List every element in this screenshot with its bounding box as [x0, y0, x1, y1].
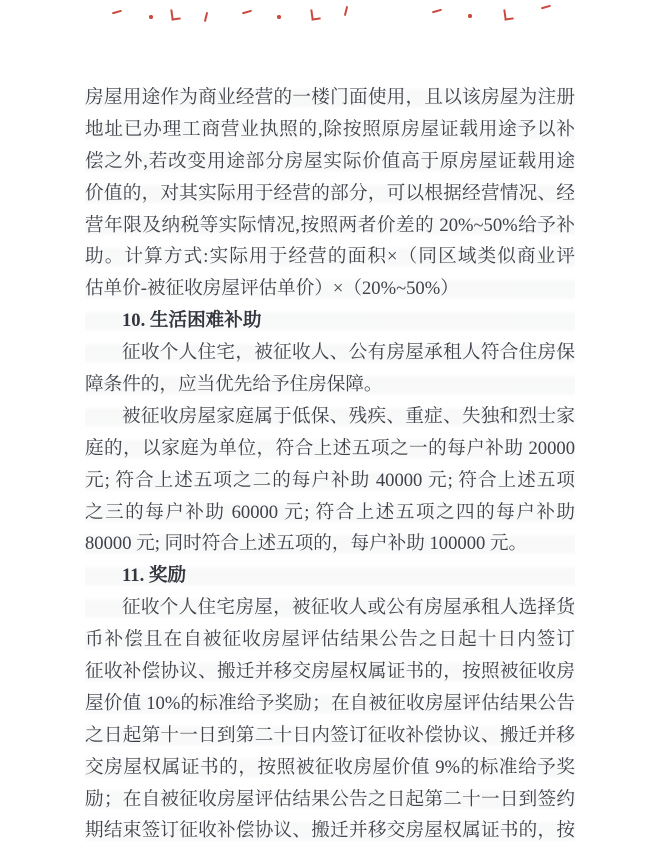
text-block: 房屋用途作为商业经营的一楼门面使用，且以该房屋为注册地址已办理工商营业执照的,除… [85, 82, 575, 847]
text-line: 地址已办理工商营业执照的,除按照原房屋证载用途予以补 [85, 114, 575, 146]
text-line: 助。计算方式:实际用于经营的面积×（同区域类似商业评 [85, 241, 575, 273]
text-line: 征收补偿协议、搬迁并移交房屋权属证书的，按照被征收房 [85, 656, 575, 688]
section-heading: 10. 生活困难补助 [85, 305, 575, 337]
red-mark-icon [310, 8, 320, 20]
red-mark-icon [242, 10, 252, 15]
text-line: 之日起第十一日到第二十日内签订征收补偿协议、搬迁并移 [85, 720, 575, 752]
text-line: 之三的每户补助 60000 元; 符合上述五项之四的每户补助 [85, 497, 575, 529]
red-mark-icon [170, 8, 180, 20]
text-line: 币补偿且在自被征收房屋评估结果公告之日起十日内签订 [85, 624, 575, 656]
text-line: 营年限及纳税等实际情况,按照两者价差的 20%~50%给予补 [85, 210, 575, 242]
text-line: 征收个人住宅，被征收人、公有房屋承租人符合住房保 [85, 337, 575, 369]
text-line: 征收个人住宅房屋，被征收人或公有房屋承租人选择货 [85, 592, 575, 624]
text-line: 估单价-被征收房屋评估单价）×（20%~50%） [85, 273, 575, 305]
section-heading: 11. 奖励 [85, 560, 575, 592]
text-line: 价值的，对其实际用于经营的部分，可以根据经营情况、经 [85, 178, 575, 210]
red-mark-icon [204, 12, 209, 22]
text-line: 障条件的，应当优先给予住房保障。 [85, 369, 575, 401]
text-line: 交房屋权属证书的，按照被征收房屋价值 9%的标准给予奖 [85, 752, 575, 784]
text-line: 80000 元; 同时符合上述五项的，每户补助 100000 元。 [85, 528, 575, 560]
text-line: 励；在自被征收房屋评估结果公告之日起第二十一日到签约 [85, 784, 575, 816]
red-mark-icon [344, 6, 349, 16]
text-line: 房屋用途作为商业经营的一楼门面使用，且以该房屋为注册 [85, 82, 575, 114]
red-mark-icon [503, 8, 513, 20]
red-marks-layer [0, 0, 660, 30]
text-line: 屋价值 10%的标准给予奖励；在自被征收房屋评估结果公告 [85, 688, 575, 720]
text-line: 偿之外,若改变用途部分房屋实际价值高于原房屋证载用途 [85, 146, 575, 178]
red-mark-icon [468, 14, 472, 18]
red-mark-icon [541, 5, 551, 10]
text-line: 庭的，以家庭为单位，符合上述五项之一的每户补助 20000 [85, 433, 575, 465]
red-mark-icon [432, 9, 442, 14]
text-line: 被征收房屋家庭属于低保、残疾、重症、失独和烈士家 [85, 401, 575, 433]
text-line: 期结束签订征收补偿协议、搬迁并移交房屋权属证书的，按 [85, 815, 575, 847]
text-line: 元; 符合上述五项之二的每户补助 40000 元; 符合上述五项 [85, 465, 575, 497]
red-mark-icon [149, 15, 153, 19]
red-mark-icon [112, 10, 122, 15]
document-page: 房屋用途作为商业经营的一楼门面使用，且以该房屋为注册地址已办理工商营业执照的,除… [0, 0, 660, 864]
red-mark-icon [277, 15, 281, 19]
